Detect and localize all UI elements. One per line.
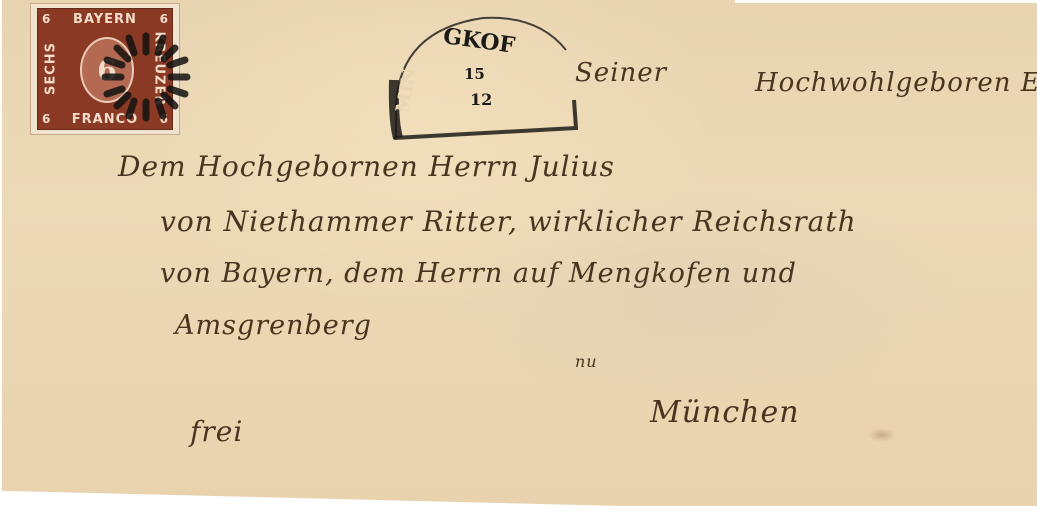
- cancel-wheel-icon: [91, 22, 201, 132]
- small-mark: nu: [575, 352, 598, 371]
- postmark: GKOF MIN 15 12: [388, 10, 578, 140]
- postmark-month: 12: [470, 90, 492, 109]
- salutation-excellenz: Hochwohlgeboren Excellenz: [755, 68, 1037, 98]
- address-line-4: Amsgrenberg: [175, 310, 372, 341]
- salutation-seiner: Seiner: [575, 58, 667, 88]
- address-line-1: Dem Hochgebornen Herrn Julius: [118, 150, 615, 183]
- postage-stamp: 6 6 6 6 BAYERN FRANCO SECHS KREUZER 6: [30, 3, 180, 135]
- destination-city: München: [650, 395, 800, 430]
- address-line-2: von Niethammer Ritter, wirklicher Reichs…: [160, 205, 857, 238]
- postmark-day: 15: [464, 65, 485, 83]
- stamp-value-word: SECHS: [44, 34, 59, 104]
- franco-note: frei: [190, 415, 243, 448]
- scan-edge: [735, 0, 1037, 3]
- address-line-3: von Bayern, dem Herrn auf Mengkofen und: [160, 258, 797, 289]
